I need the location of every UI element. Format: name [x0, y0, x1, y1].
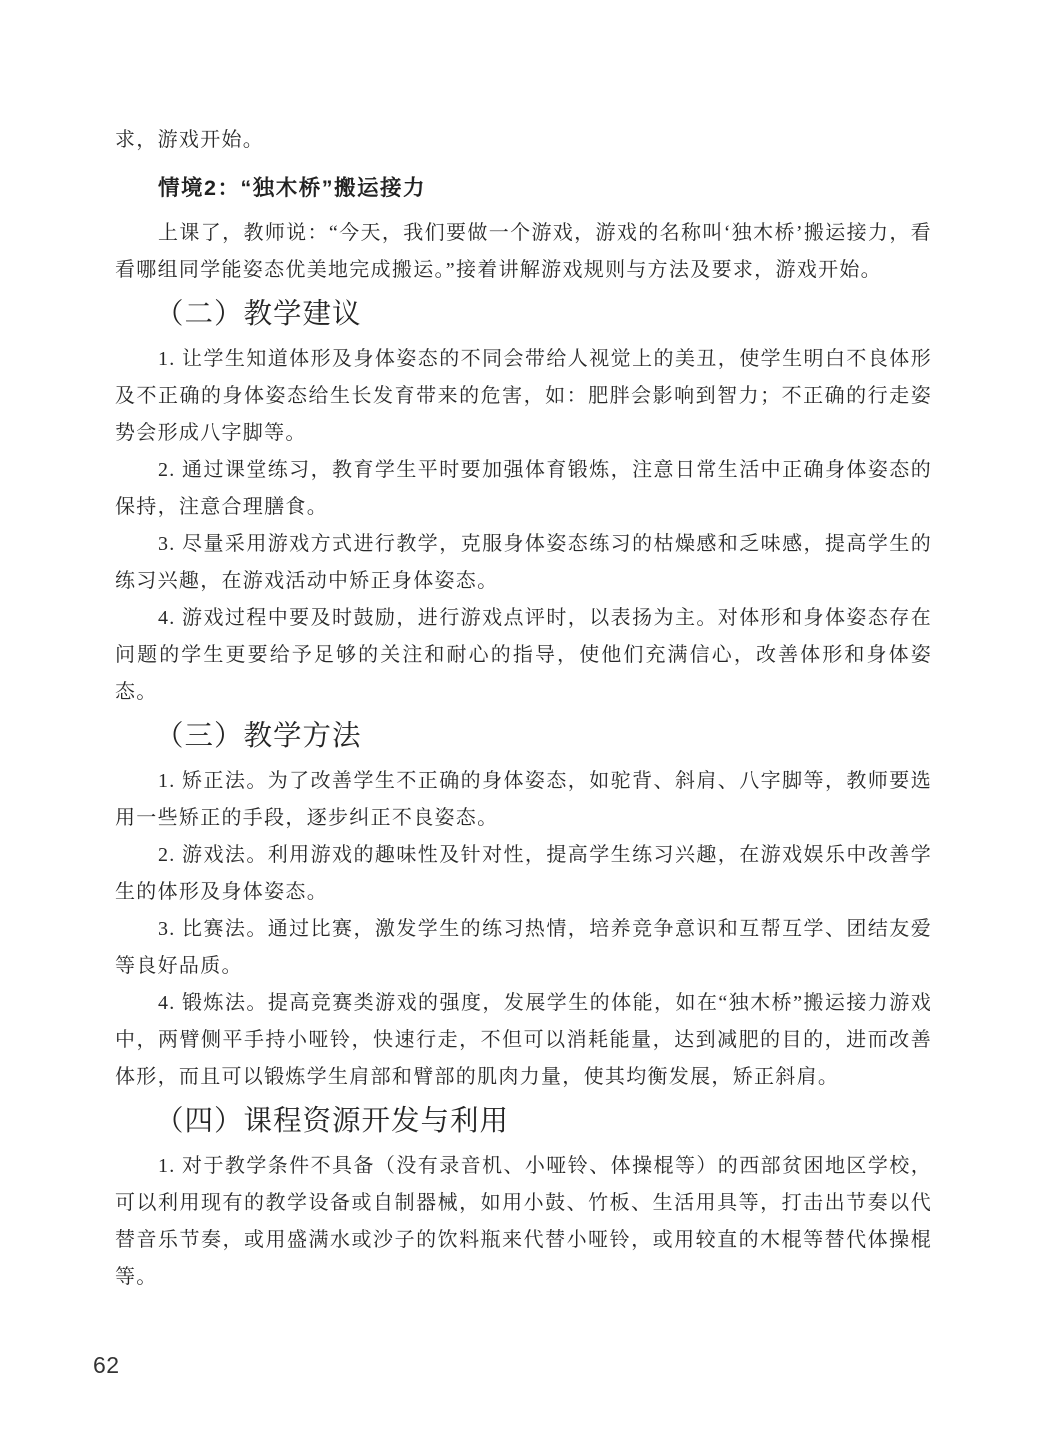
scene2-heading: 情境2：“独木桥”搬运接力 [115, 173, 932, 203]
scene2-paragraph: 上课了，教师说：“今天，我们要做一个游戏，游戏的名称叫‘独木桥’搬运接力，看看哪… [115, 215, 932, 289]
section2-item-4: 4. 游戏过程中要及时鼓励，进行游戏点评时，以表扬为主。对体形和身体姿态存在问题… [115, 600, 932, 711]
section3-item-1: 1. 矫正法。为了改善学生不正确的身体姿态，如驼背、斜肩、八字脚等，教师要选用一… [115, 763, 932, 837]
section2-heading: （二）教学建议 [115, 294, 932, 336]
section3-item-3: 3. 比赛法。通过比赛，激发学生的练习热情，培养竞争意识和互帮互学、团结友爱等良… [115, 911, 932, 985]
section4-heading: （四）课程资源开发与利用 [115, 1101, 932, 1143]
section2-item-1: 1. 让学生知道体形及身体姿态的不同会带给人视觉上的美丑，使学生明白不良体形及不… [115, 341, 932, 452]
section2-item-3: 3. 尽量采用游戏方式进行教学，克服身体姿态练习的枯燥感和乏味感，提高学生的练习… [115, 526, 932, 600]
paragraph-continuation: 求，游戏开始。 [115, 122, 932, 159]
page-number: 62 [93, 1352, 120, 1379]
section4-item-1: 1. 对于教学条件不具备（没有录音机、小哑铃、体操棍等）的西部贫困地区学校，可以… [115, 1148, 932, 1296]
section3-item-2: 2. 游戏法。利用游戏的趣味性及针对性，提高学生练习兴趣，在游戏娱乐中改善学生的… [115, 837, 932, 911]
section2-item-2: 2. 通过课堂练习，教育学生平时要加强体育锻炼，注意日常生活中正确身体姿态的保持… [115, 452, 932, 526]
section3-item-4: 4. 锻炼法。提高竞赛类游戏的强度，发展学生的体能，如在“独木桥”搬运接力游戏中… [115, 985, 932, 1096]
document-page: 求，游戏开始。 情境2：“独木桥”搬运接力 上课了，教师说：“今天，我们要做一个… [0, 0, 1038, 1452]
document-content: 求，游戏开始。 情境2：“独木桥”搬运接力 上课了，教师说：“今天，我们要做一个… [0, 0, 1038, 1296]
section3-heading: （三）教学方法 [115, 716, 932, 758]
